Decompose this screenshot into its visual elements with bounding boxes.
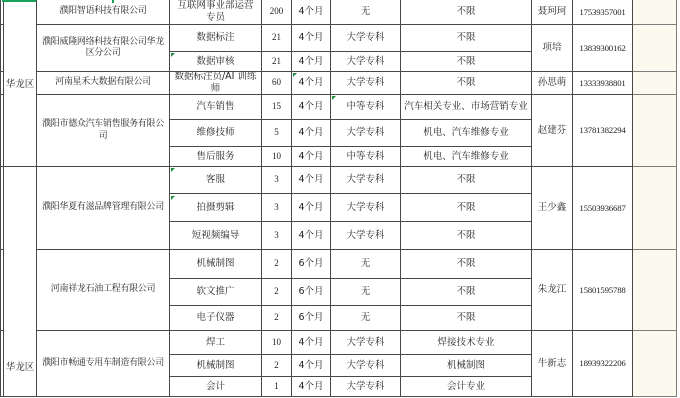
cell-contact[interactable]: 项培: [532, 25, 573, 72]
cell-duration[interactable]: 6个月: [292, 279, 331, 306]
cell-phone[interactable]: 13333938801: [573, 72, 633, 95]
cell-major[interactable]: 不限: [401, 72, 532, 95]
error-indicator-icon: [171, 196, 175, 200]
cell-extra[interactable]: [633, 95, 677, 167]
cell-education[interactable]: 大学专科: [331, 194, 401, 222]
cell-position[interactable]: 机械制图: [170, 250, 262, 279]
cell-count[interactable]: 21: [262, 25, 292, 52]
region-label: 华龙区: [6, 76, 35, 90]
cell-position[interactable]: 短视频编导: [170, 222, 262, 250]
cell-company[interactable]: 濮阳威隆网络科技有限公司华龙区分公司: [37, 25, 170, 72]
cell-education[interactable]: 大学专科: [331, 120, 401, 147]
cell-duration[interactable]: 4个月: [292, 194, 331, 222]
cell-major[interactable]: 不限: [401, 167, 532, 194]
cell-edge[interactable]: [0, 167, 4, 250]
cell-duration[interactable]: 4个月: [292, 377, 331, 397]
cell-phone[interactable]: 13781382294: [573, 95, 633, 167]
cell-phone[interactable]: 17539357001: [573, 0, 633, 25]
cell-major[interactable]: 焊接技术专业: [401, 331, 532, 355]
cell-company[interactable]: 濮阳华夏有滋品牌管理有限公司: [37, 167, 170, 250]
cell-count[interactable]: 3: [262, 167, 292, 194]
cell-count[interactable]: 10: [262, 147, 292, 167]
region-cell[interactable]: 华龙区: [4, 167, 37, 397]
cell-education[interactable]: 无: [331, 0, 401, 25]
cell-duration[interactable]: 4个月: [292, 331, 331, 355]
cell-duration[interactable]: 4个月: [292, 0, 331, 25]
cell-contact[interactable]: 牛新志: [532, 331, 573, 397]
cell-major[interactable]: 不限: [401, 52, 532, 72]
cell-count[interactable]: 10: [262, 331, 292, 355]
cell-duration[interactable]: 4个月: [292, 72, 331, 95]
cell-position[interactable]: 维修技师: [170, 120, 262, 147]
error-indicator-icon: [293, 73, 297, 77]
cell-contact[interactable]: 王少鑫: [532, 167, 573, 250]
cell-count[interactable]: 200: [262, 0, 292, 25]
spreadsheet: 华龙区 华龙区 濮阳智语科技有限公司聂珂珂17539357001互联网事业部运营…: [0, 0, 680, 398]
cell-edge[interactable]: [0, 95, 4, 167]
cell-education[interactable]: 大学专科: [331, 167, 401, 194]
cell-position[interactable]: 会计: [170, 377, 262, 397]
cell-education[interactable]: 中等专科: [331, 95, 401, 120]
cell-duration[interactable]: 4个月: [292, 25, 331, 52]
cell-extra[interactable]: [633, 250, 677, 331]
cell-education[interactable]: 无: [331, 250, 401, 279]
error-indicator-icon: [171, 168, 175, 172]
cell-extra[interactable]: [633, 331, 677, 397]
cell-major[interactable]: 不限: [401, 222, 532, 250]
cell-count[interactable]: 2: [262, 306, 292, 331]
cell-duration[interactable]: 4个月: [292, 222, 331, 250]
error-indicator-icon: [171, 53, 175, 57]
selected-cell-edge-tick: [112, 0, 114, 3]
cell-education[interactable]: 大学专科: [331, 331, 401, 355]
region-label: 华龙区: [4, 359, 36, 373]
cell-education[interactable]: 大学专科: [331, 52, 401, 72]
cell-duration[interactable]: 6个月: [292, 250, 331, 279]
cell-position[interactable]: 汽车销售: [170, 95, 262, 120]
cell-edge[interactable]: [0, 250, 4, 331]
cell-position[interactable]: 电子仪器: [170, 306, 262, 331]
cell-count[interactable]: 21: [262, 52, 292, 72]
cell-edge[interactable]: [0, 25, 4, 72]
selected-cell-edge-mark: [2, 0, 36, 2]
cell-edge[interactable]: [0, 331, 4, 397]
cell-duration[interactable]: 4个月: [292, 167, 331, 194]
cell-count[interactable]: 2: [262, 355, 292, 377]
cell-duration[interactable]: 4个月: [292, 147, 331, 167]
cell-education[interactable]: 大学专科: [331, 222, 401, 250]
cell-position[interactable]: 数据标注员/AI 训练师: [170, 72, 262, 95]
cell-position[interactable]: 数据标注: [170, 25, 262, 52]
cell-count[interactable]: 2: [262, 279, 292, 306]
cell-education[interactable]: 无: [331, 306, 401, 331]
cell-major[interactable]: 汽车相关专业、市场营销专业: [401, 95, 532, 120]
cell-extra[interactable]: [633, 72, 677, 95]
cell-major[interactable]: 机电、汽车维修专业: [401, 147, 532, 167]
cell-edge[interactable]: [0, 0, 4, 25]
cell-major[interactable]: 不限: [401, 25, 532, 52]
cell-major[interactable]: 不限: [401, 194, 532, 222]
cell-education[interactable]: 大学专科: [331, 355, 401, 377]
cell-company[interactable]: 濮阳市畅通专用车制造有限公司: [37, 331, 170, 397]
cell-position[interactable]: 机械制图: [170, 355, 262, 377]
cell-education[interactable]: 中等专科: [331, 147, 401, 167]
cell-position[interactable]: 互联网事业部运营专员: [170, 0, 262, 25]
cell-phone[interactable]: 13839300162: [573, 25, 633, 72]
cell-company[interactable]: 濮阳智语科技有限公司: [37, 0, 170, 25]
cell-major[interactable]: 机械制图: [401, 355, 532, 377]
cell-education[interactable]: 无: [331, 279, 401, 306]
cell-major[interactable]: 机电、汽车维修专业: [401, 120, 532, 147]
cell-major[interactable]: 不限: [401, 250, 532, 279]
cell-company[interactable]: 河南祥龙石油工程有限公司: [37, 250, 170, 331]
cell-extra[interactable]: [633, 0, 677, 25]
cell-contact[interactable]: 孙思萌: [532, 72, 573, 95]
cell-count[interactable]: 5: [262, 120, 292, 147]
cell-duration[interactable]: 6个月: [292, 306, 331, 331]
cell-major[interactable]: 不限: [401, 279, 532, 306]
cell-major[interactable]: 会计专业: [401, 377, 532, 397]
cell-count[interactable]: 1: [262, 377, 292, 397]
cell-position[interactable]: 软文推广: [170, 279, 262, 306]
cell-company[interactable]: 濮阳市德众汽车销售服务有限公司: [37, 95, 170, 167]
cell-phone[interactable]: 15801595788: [573, 250, 633, 331]
cell-education[interactable]: 大学专科: [331, 72, 401, 95]
cell-contact[interactable]: 聂珂珂: [532, 0, 573, 25]
cell-duration[interactable]: 4个月: [292, 52, 331, 72]
cell-contact[interactable]: 朱龙江: [532, 250, 573, 331]
cell-duration[interactable]: 4个月: [292, 120, 331, 147]
cell-count[interactable]: 15: [262, 95, 292, 120]
cell-major[interactable]: 不限: [401, 0, 532, 25]
cell-position[interactable]: 客服: [170, 167, 262, 194]
cell-phone[interactable]: 15503936687: [573, 167, 633, 250]
cell-count[interactable]: 2: [262, 250, 292, 279]
region-cell[interactable]: 华龙区: [4, 0, 37, 167]
cell-duration[interactable]: 4个月: [292, 355, 331, 377]
cell-position[interactable]: 拍摄剪辑: [170, 194, 262, 222]
cell-extra[interactable]: [633, 167, 677, 250]
cell-count[interactable]: 3: [262, 194, 292, 222]
error-indicator-icon: [332, 96, 336, 100]
cell-position[interactable]: 售后服务: [170, 147, 262, 167]
cell-extra[interactable]: [633, 25, 677, 72]
cell-phone[interactable]: 18939322206: [573, 331, 633, 397]
cell-count[interactable]: 60: [262, 72, 292, 95]
cell-major[interactable]: 不限: [401, 306, 532, 331]
cell-duration[interactable]: 4个月: [292, 95, 331, 120]
cell-education[interactable]: 大学专科: [331, 25, 401, 52]
cell-position[interactable]: 焊工: [170, 331, 262, 355]
cell-edge[interactable]: [0, 72, 4, 95]
cell-education[interactable]: 大学专科: [331, 377, 401, 397]
cell-company[interactable]: 河南星禾大数据有限公司: [37, 72, 170, 95]
cell-position[interactable]: 数据审核: [170, 52, 262, 72]
cell-contact[interactable]: 赵建芬: [532, 95, 573, 167]
cell-count[interactable]: 3: [262, 222, 292, 250]
